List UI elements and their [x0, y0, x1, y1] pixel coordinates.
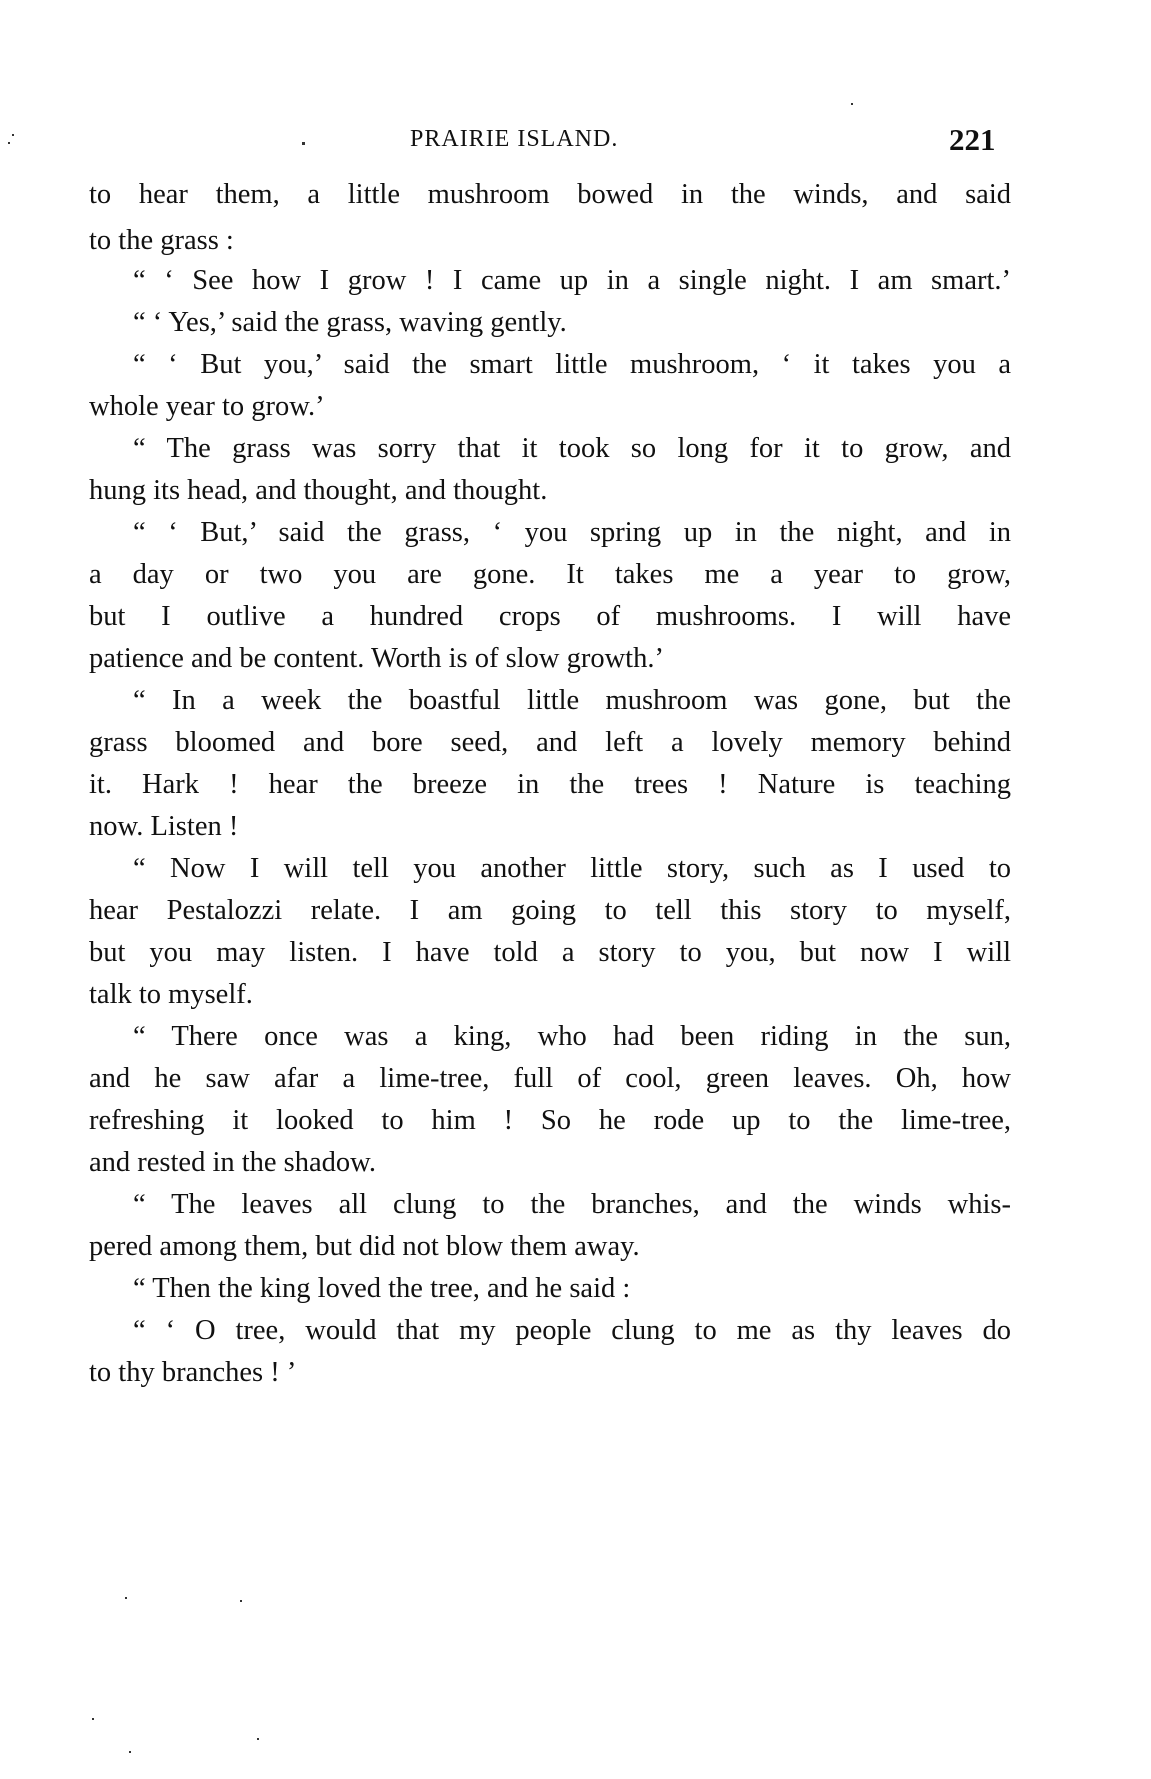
scan-speck	[92, 1718, 94, 1720]
text-line: it. Hark ! hear the breeze in the trees …	[89, 768, 1011, 802]
text-line: “ ‘ But you,’ said the smart little mush…	[133, 348, 1011, 382]
text-line: a day or two you are gone. It takes me a…	[89, 558, 1011, 592]
text-line: “ ‘ See how I grow ! I came up in a sing…	[133, 264, 1011, 298]
text-line: “ There once was a king, who had been ri…	[133, 1020, 1011, 1054]
text-line: “ Then the king loved the tree, and he s…	[133, 1272, 1011, 1306]
scan-speck	[125, 1597, 127, 1599]
text-line: “ ‘ But,’ said the grass, ‘ you spring u…	[133, 516, 1011, 550]
text-line: “ The leaves all clung to the branches, …	[133, 1188, 1011, 1222]
scan-speck	[129, 1751, 131, 1753]
scan-speck	[257, 1738, 259, 1740]
text-line: whole year to grow.’	[89, 390, 1011, 424]
scan-speck	[240, 1600, 242, 1602]
page-header: PRAIRIE ISLAND. 221	[0, 126, 1151, 166]
text-line: but you may listen. I have told a story …	[89, 936, 1011, 970]
text-line: to hear them, a little mushroom bowed in…	[89, 178, 1011, 212]
text-line: to thy branches ! ’	[89, 1356, 1011, 1390]
text-line: and he saw afar a lime-tree, full of coo…	[89, 1062, 1011, 1096]
book-page: PRAIRIE ISLAND. 221 to hear them, a litt…	[0, 0, 1151, 1779]
text-line: but I outlive a hundred crops of mushroo…	[89, 600, 1011, 634]
text-line: patience and be content. Worth is of slo…	[89, 642, 1011, 676]
text-line: “ The grass was sorry that it took so lo…	[133, 432, 1011, 466]
page-number: 221	[949, 122, 996, 158]
text-line: hung its head, and thought, and thought.	[89, 474, 1011, 508]
text-line: “ In a week the boastful little mushroom…	[133, 684, 1011, 718]
text-line: hear Pestalozzi relate. I am going to te…	[89, 894, 1011, 928]
text-line: grass bloomed and bore seed, and left a …	[89, 726, 1011, 760]
running-title: PRAIRIE ISLAND.	[410, 126, 618, 153]
text-line: and rested in the shadow.	[89, 1146, 1011, 1180]
text-line: talk to myself.	[89, 978, 1011, 1012]
text-line: “ ‘ Yes,’ said the grass, waving gently.	[133, 306, 1011, 340]
scan-speck	[302, 142, 305, 145]
text-line: now. Listen !	[89, 810, 1011, 844]
text-line: to the grass :	[89, 224, 1011, 258]
scan-speck	[851, 103, 853, 105]
text-line: pered among them, but did not blow them …	[89, 1230, 1011, 1264]
text-line: “ Now I will tell you another little sto…	[133, 852, 1011, 886]
scan-speck	[8, 142, 10, 144]
text-line: refreshing it looked to him ! So he rode…	[89, 1104, 1011, 1138]
text-line: “ ‘ O tree, would that my people clung t…	[133, 1314, 1011, 1348]
scan-speck	[12, 134, 14, 136]
